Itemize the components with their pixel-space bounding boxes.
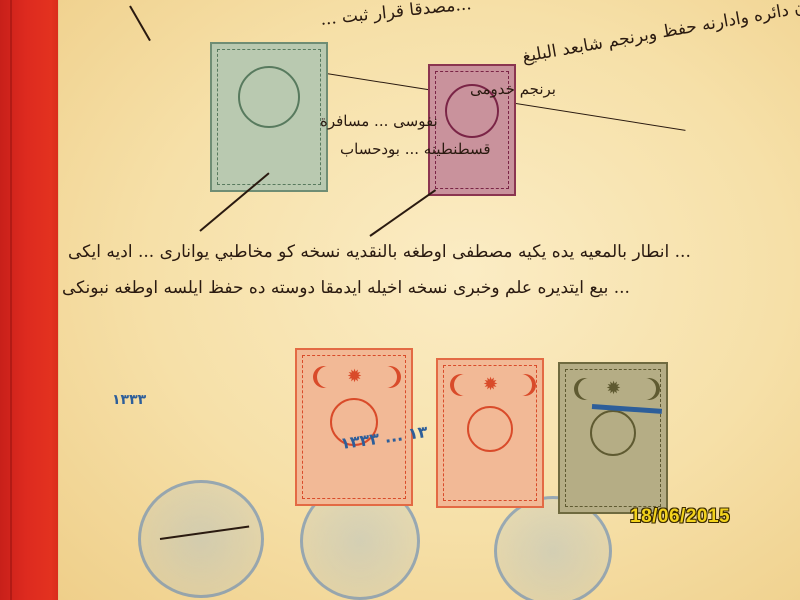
revenue-stamp-olive: ✹ — [558, 362, 668, 514]
crescent-tughra-icon — [238, 66, 300, 128]
handwriting-side-note-1: برنجم خدومی — [470, 80, 556, 98]
tughra-icon — [590, 410, 636, 456]
handwriting-side-note-3: قسطنطينه ... بودحساب — [340, 140, 491, 158]
blue-ink-number: ١٣٣٣ — [112, 392, 146, 408]
crescent-icon — [317, 366, 339, 388]
handwriting-body-line-1: ... انطار بالمعيه يده يكيه مصطفى اوطغه ب… — [68, 242, 691, 262]
crescent-icon — [634, 378, 656, 400]
crescent-icon — [375, 366, 397, 388]
handwriting-side-note-2: نفوسی ... مسافرة — [320, 112, 438, 130]
star-icon: ✹ — [606, 380, 621, 398]
tughra-icon — [467, 406, 513, 452]
red-cloth-background — [0, 0, 64, 600]
crescent-icon — [578, 378, 600, 400]
blue-seal-left — [138, 480, 264, 598]
crescent-icon — [510, 374, 532, 396]
star-icon: ✹ — [347, 368, 362, 386]
crescent-icon — [454, 374, 476, 396]
revenue-stamp-orange-2: ✹ — [436, 358, 544, 508]
revenue-stamp-green — [210, 42, 328, 192]
handwriting-body-line-2: ... بيع ايتديره علم وخبرى نسخه اخيله ايد… — [62, 278, 630, 298]
photo-scene: ...مصدقا قرار ثبت ... نشان دائره وادارنه… — [0, 0, 800, 600]
star-icon: ✹ — [483, 376, 498, 394]
camera-date-overlay: 18/06/2015 — [630, 506, 730, 528]
